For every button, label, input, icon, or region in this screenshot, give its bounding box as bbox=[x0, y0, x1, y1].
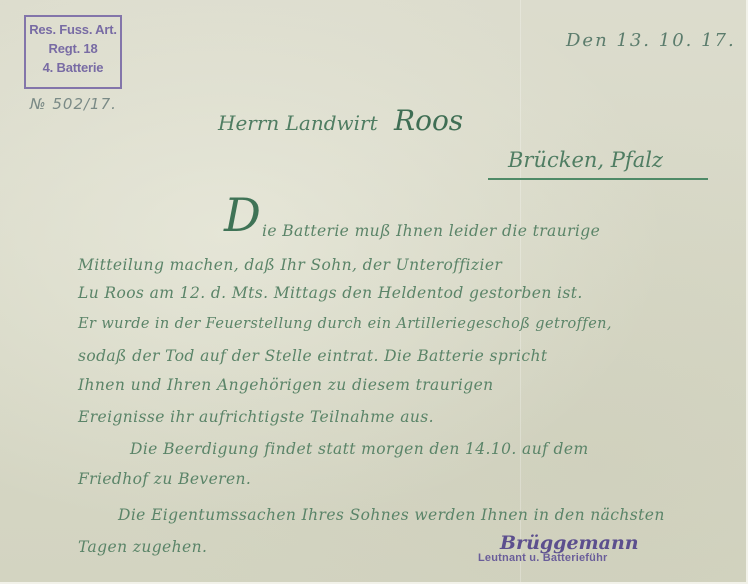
salutation-prefix: Herrn Landwirt bbox=[218, 111, 378, 135]
unit-stamp: Res. Fuss. Art. Regt. 18 4. Batterie bbox=[24, 15, 122, 89]
body-line: ie Batterie muß Ihnen leider die traurig… bbox=[262, 222, 600, 240]
letter-date: Den 13. 10. 17. bbox=[566, 30, 736, 51]
body-line: sodaß der Tod auf der Stelle eintrat. Di… bbox=[78, 347, 547, 365]
body-line: Mitteilung machen, daß Ihr Sohn, der Unt… bbox=[78, 256, 502, 274]
body-line: Lu Roos am 12. d. Mts. Mittags den Helde… bbox=[78, 284, 583, 302]
stamp-line-regiment-number: Regt. 18 bbox=[26, 39, 120, 58]
stamp-line-battery: 4. Batterie bbox=[26, 58, 120, 77]
body-line: Die Beerdigung findet statt morgen den 1… bbox=[130, 440, 589, 458]
body-line: Tagen zugehen. bbox=[78, 538, 207, 556]
letter-paper: Res. Fuss. Art. Regt. 18 4. Batterie № 5… bbox=[0, 0, 748, 584]
place-underline bbox=[488, 178, 708, 180]
recipient-name: Roos bbox=[394, 104, 463, 137]
stamp-line-regiment-type: Res. Fuss. Art. bbox=[26, 20, 120, 39]
body-line: Friedhof zu Beveren. bbox=[78, 470, 251, 488]
body-line: Er wurde in der Feuerstellung durch ein … bbox=[78, 316, 612, 332]
body-line: Ihnen und Ihren Angehörigen zu diesem tr… bbox=[78, 376, 494, 394]
initial-letter: D bbox=[224, 188, 261, 242]
signature: Brüggemann bbox=[500, 532, 639, 554]
reference-number: № 502/17. bbox=[30, 95, 117, 113]
signature-title-stamp: Leutnant u. Batterieführ bbox=[478, 552, 607, 564]
salutation: Herrn Landwirt Roos bbox=[218, 104, 463, 137]
body-line: Die Eigentumssachen Ihres Sohnes werden … bbox=[118, 506, 665, 524]
body-line: Ereignisse ihr aufrichtigste Teilnahme a… bbox=[78, 408, 434, 426]
recipient-place: Brücken, Pfalz bbox=[508, 148, 663, 172]
